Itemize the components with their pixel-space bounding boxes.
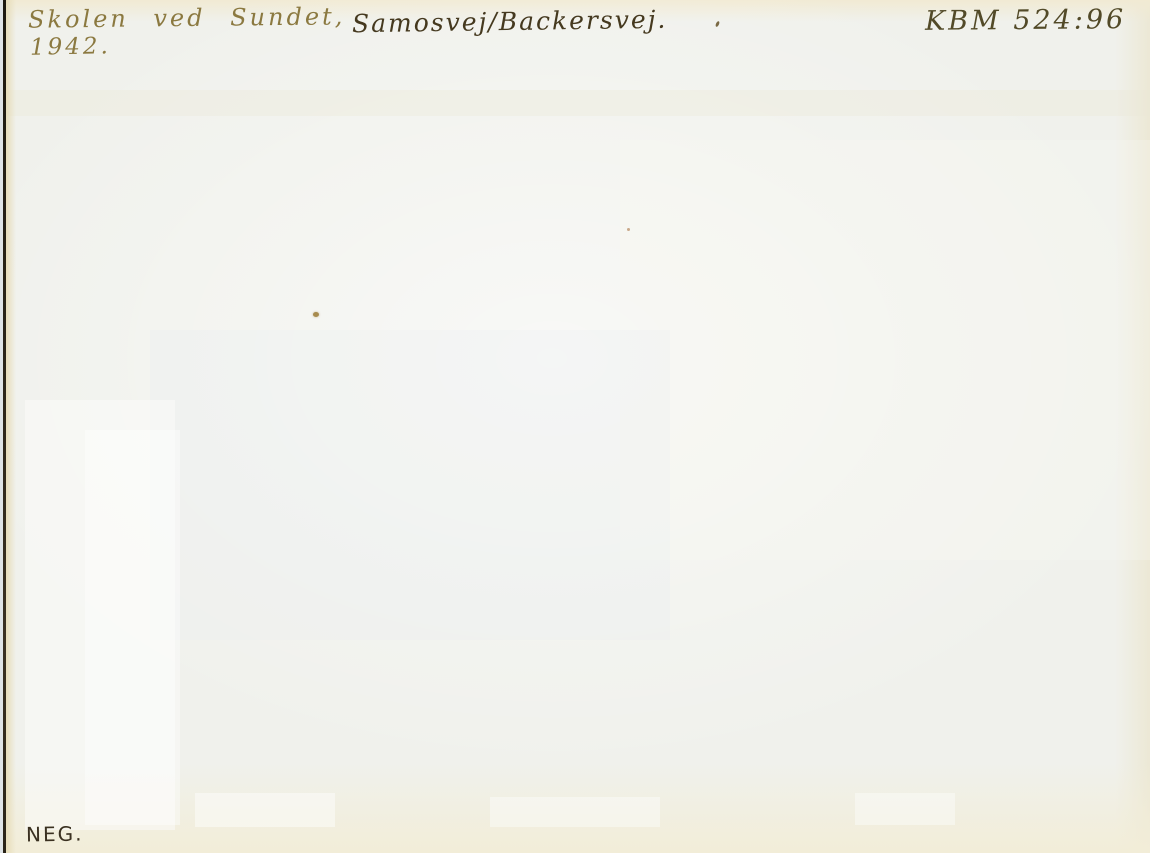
handwritten-year: 1942.: [30, 33, 111, 60]
handwritten-archive-number: KBM 524:96: [925, 4, 1126, 37]
ink-speck-small: [715, 21, 720, 28]
emulsion-ghost-bottom-1: [195, 793, 335, 827]
emulsion-ghost-column: [25, 400, 175, 830]
emulsion-ghost-bottom-3: [855, 793, 955, 825]
photo-verso-scan: Skolen ved Sundet, Samosvej/Backersvej. …: [0, 0, 1150, 853]
paper-speck: [627, 228, 630, 231]
photo-edge-warm-strip: [6, 0, 16, 853]
emulsion-ghost-patch: [150, 330, 670, 640]
emulsion-ghost-bottom-2: [490, 797, 660, 827]
handwritten-street-names: Samosvej/Backersvej.: [352, 5, 668, 38]
paper-mottle-patch: [620, 140, 1150, 560]
handwritten-title: Skolen ved Sundet,: [28, 2, 346, 33]
paper-mottle-band: [0, 90, 1150, 116]
emulsion-ghost-column-inner: [85, 430, 180, 825]
handwritten-neg-label: NEG.: [26, 822, 84, 847]
ink-speck: [313, 312, 319, 317]
